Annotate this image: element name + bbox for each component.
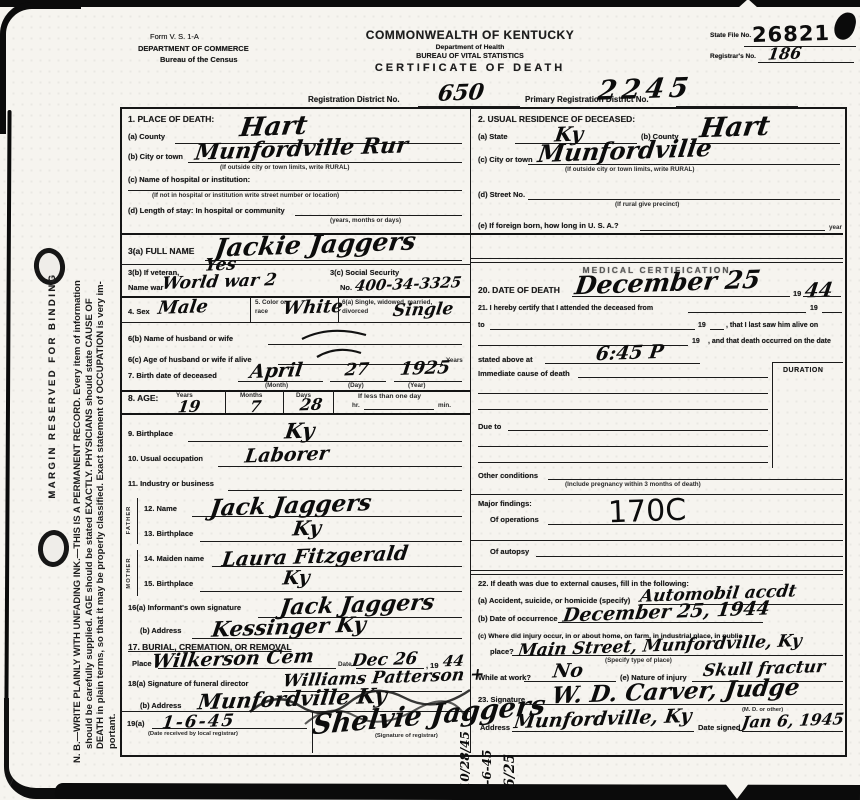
district-label: Registration District No.	[308, 95, 400, 104]
birth-year-value: 1925	[399, 357, 452, 380]
res-foreign-line	[640, 230, 825, 231]
due-blank-2	[478, 462, 768, 463]
other-conditions-line	[548, 479, 843, 480]
res-city-value: Munfordville	[536, 133, 714, 168]
birth-month-note: (Month)	[265, 383, 288, 390]
header-department: DEPARTMENT OF COMMERCE	[138, 45, 249, 54]
age-divider-2	[283, 390, 284, 413]
birth-year-note: (Year)	[408, 383, 426, 390]
certify-to-label: to	[478, 322, 485, 330]
operations-line	[548, 524, 843, 525]
other-conditions-label: Other conditions	[478, 472, 538, 481]
husband-checkmark	[300, 323, 370, 343]
dod-yr-value: 44	[803, 277, 834, 302]
res-foreign-label: (e) If foreign born, how long in U. S. A…	[478, 222, 619, 231]
scan-blob-top-right	[832, 10, 858, 42]
immediate-cause-label: Immediate cause of death	[478, 370, 570, 379]
margin-nb-line4: portant.	[107, 28, 119, 763]
birthplace-value: Ky	[283, 417, 316, 443]
age-divider-3	[333, 390, 334, 413]
dod-yr19: 19	[793, 290, 801, 299]
margin-nb-line3: DEATH in plain terms, so that it may be …	[95, 28, 107, 763]
age-days-value: 28	[299, 395, 324, 415]
addr23-label: Address	[480, 724, 510, 733]
district-value: 650	[436, 79, 486, 107]
cause-blank-1	[478, 393, 768, 394]
age-row-rule	[120, 413, 470, 415]
registrar-scribble-1: 10/28/45	[458, 731, 472, 790]
received-value: 1-6-45	[161, 711, 237, 734]
war-label: Name war	[128, 284, 163, 293]
marital-value: Single	[392, 299, 455, 321]
form-number: Form V. S. 1-A	[150, 33, 199, 42]
autopsy-label: Of autopsy	[490, 548, 529, 557]
burial-date-label: Date	[338, 662, 352, 669]
certify-line1-blank	[688, 312, 806, 313]
received-label: 19(a)	[127, 720, 145, 729]
cause-blank-2	[478, 409, 768, 410]
husband-label: 6(b) Name of husband or wife	[128, 335, 233, 344]
father-bp-line	[200, 541, 462, 542]
certify-line1: 21. I hereby certify that I attended the…	[478, 305, 653, 313]
autopsy-line	[536, 556, 843, 557]
res-city-note: (If outside city or town limits, write R…	[565, 167, 694, 174]
father-name-value: Jack Jaggers	[208, 489, 373, 522]
age-min-label: min.	[438, 403, 451, 410]
medical-bottom-rule	[470, 570, 843, 575]
place-of-death-title: 1. PLACE OF DEATH:	[128, 115, 214, 125]
fullname-label: 3(a) FULL NAME	[128, 247, 194, 257]
header-vital: BUREAU OF VITAL STATISTICS	[310, 52, 630, 60]
industry-label: 11. Industry or business	[128, 480, 214, 489]
mother-name-label: 14. Maiden name	[144, 555, 204, 564]
registrar-note: (Signature of registrar)	[375, 733, 438, 739]
pod-city-label: (b) City or town	[128, 153, 183, 162]
informant-label: 16(a) Informant's own signature	[128, 604, 241, 613]
margin-nb-line2: should be carefully supplied. AGE should…	[84, 28, 96, 763]
due-blank-1	[478, 446, 768, 447]
ext-c-note: (Specify type of place)	[605, 658, 672, 665]
duration-box-left	[772, 362, 773, 468]
color-label2: race	[255, 309, 268, 316]
spouse-age-checkmark	[315, 343, 365, 361]
margin-binding-text: MARGIN RESERVED FOR BINDING	[48, 243, 59, 528]
sex-label: 4. Sex	[128, 308, 150, 317]
received-line	[152, 728, 307, 729]
death-certificate-scan: MARGIN RESERVED FOR BINDING N. B.—WRITE …	[0, 0, 860, 800]
header-bureau: Bureau of the Census	[160, 56, 238, 65]
work-value: No	[551, 659, 584, 682]
dod-yr-line	[803, 296, 841, 297]
scan-edge-left	[4, 110, 11, 700]
birth-month-value: April	[248, 359, 304, 383]
time-of-death-value: 6:45 P	[594, 341, 665, 365]
res-street-label: (d) Street No.	[478, 191, 525, 200]
medical-top-rule	[470, 258, 843, 263]
received-note: (Date received by local registrar)	[148, 731, 238, 737]
sig23-label: 23. Signature	[478, 696, 525, 705]
certify-to-yr: 19	[698, 322, 706, 330]
director-addr-label: (b) Address	[140, 702, 181, 711]
registrar-scribble-3: 6/25	[502, 754, 518, 788]
birthplace-label: 9. Birthplace	[128, 430, 173, 439]
pod-hospital-line	[128, 190, 462, 191]
punch-hole-bottom	[36, 528, 71, 568]
stated-label: stated above at	[478, 356, 533, 365]
pod-stay-line	[295, 215, 462, 216]
mother-side-label: MOTHER	[126, 550, 132, 596]
autopsy-top-rule	[470, 540, 843, 541]
birth-day-value: 27	[344, 360, 370, 381]
ext-c-label2: place?	[490, 648, 514, 657]
ext-b-label: (b) Date of occurrence	[478, 615, 558, 624]
certify-line1-yr: 19	[810, 305, 818, 313]
age-hr-line	[364, 409, 434, 410]
res-state-label: (a) State	[478, 133, 508, 142]
age-less-label: If less than one day	[358, 393, 421, 400]
mother-bp-label: 15. Birthplace	[144, 580, 193, 589]
scan-corner-top-left	[0, 2, 81, 134]
operations-value: 170C	[607, 493, 686, 531]
age-label: 8. AGE:	[128, 394, 158, 404]
registrars-no-label: Registrar's No.	[710, 53, 756, 60]
scan-edge-bottom-notch	[724, 782, 750, 799]
father-side-label: FATHER	[126, 497, 132, 543]
pod-county-label: (a) County	[128, 133, 165, 142]
birthdate-row-rule	[120, 390, 470, 392]
margin-nb-line1: N. B.—WRITE PLAINLY WITH UNFADING INK.—T…	[72, 28, 84, 763]
scan-edge-top-notch	[738, 0, 758, 8]
work-label: While at work?	[478, 674, 531, 683]
pod-stay-label: (d) Length of stay: In hospital or commu…	[128, 207, 285, 216]
cell-divider-1	[250, 296, 251, 322]
birth-day-note: (Day)	[348, 383, 364, 390]
certify-death-tail: , and that death occurred on the date	[708, 338, 831, 346]
registrars-no-value: 186	[767, 43, 803, 63]
dod-label: 20. DATE OF DEATH	[478, 286, 560, 296]
operations-label: Of operations	[490, 516, 539, 525]
res-city-label: (c) City or town	[478, 156, 533, 165]
header-commonwealth: COMMONWEALTH OF KENTUCKY	[310, 29, 630, 43]
registrars-no-line	[758, 62, 854, 63]
res-street-line	[528, 199, 840, 200]
immediate-cause-line	[578, 377, 768, 378]
cell-divider-2	[338, 296, 339, 322]
certify-alive-tail: , that I last saw him alive on	[726, 322, 818, 330]
signed-label: Date signed	[698, 724, 741, 733]
informant-addr-label: (b) Address	[140, 627, 181, 636]
pod-city-note: (If outside city or town limits, write R…	[220, 165, 349, 172]
res-street-note: (If rural give precinct)	[615, 202, 679, 209]
certify-to-blank	[490, 329, 695, 330]
father-bp-label: 13. Birthplace	[144, 530, 193, 539]
registrar-scribble-2: 4-6-45	[480, 750, 494, 793]
burial-place-label: Place	[132, 660, 152, 669]
certificate-title: CERTIFICATE OF DEATH	[310, 62, 630, 75]
mother-bracket	[137, 550, 138, 596]
certify-to-yrline	[710, 329, 724, 330]
occupation-label: 10. Usual occupation	[128, 455, 203, 464]
major-findings-label: Major findings:	[478, 500, 532, 509]
sex-value: Male	[157, 296, 210, 319]
pod-hospital-label: (c) Name of hospital or institution:	[128, 176, 250, 185]
father-bracket	[137, 498, 138, 544]
pod-hospital-note: (If not in hospital or institution write…	[152, 193, 339, 200]
father-bp-value: Ky	[291, 515, 322, 540]
ssn-label2: No.	[340, 284, 352, 293]
age-divider-1	[225, 390, 226, 413]
age-hr-label: hr.	[352, 403, 360, 410]
occupation-value: Laborer	[243, 442, 330, 467]
due-to-label: Due to	[478, 423, 501, 432]
birthdate-label: 7. Birth date of deceased	[128, 372, 217, 381]
color-value: White	[282, 296, 345, 319]
state-file-label: State File No.	[710, 32, 751, 39]
color-label1: 5. Color or	[255, 300, 287, 307]
due-to-line	[508, 430, 768, 431]
marital-label2: divorced	[342, 309, 368, 316]
husband-line	[268, 344, 462, 345]
duration-box-top	[772, 362, 843, 363]
fullname-row-rule	[120, 264, 470, 265]
father-name-label: 12. Name	[144, 505, 177, 514]
other-conditions-note: (Include pregnancy within 3 months of de…	[565, 482, 701, 489]
ssn-value: 400-34-3325	[354, 273, 463, 295]
column-divider	[470, 107, 471, 753]
mother-bp-value: Ky	[281, 566, 311, 589]
primary-district-value: 2245	[596, 72, 695, 106]
war-value: World war 2	[161, 270, 278, 294]
signed-value: Jan 6, 1945	[741, 709, 846, 732]
certify-line3-yr: 19	[692, 338, 700, 346]
res-foreign-unit: year	[829, 225, 842, 232]
certify-line1-yrline	[822, 312, 842, 313]
pod-stay-note: (years, months or days)	[330, 218, 401, 225]
scan-edge-top	[0, 0, 860, 7]
margin-nb-text: N. B.—WRITE PLAINLY WITH UNFADING INK.—T…	[72, 28, 118, 763]
cells-row-rule	[120, 322, 470, 323]
duration-label: DURATION	[783, 367, 823, 375]
birth-year-line	[394, 381, 462, 382]
spouse-age-label: 6(c) Age of husband or wife if alive	[128, 356, 252, 365]
